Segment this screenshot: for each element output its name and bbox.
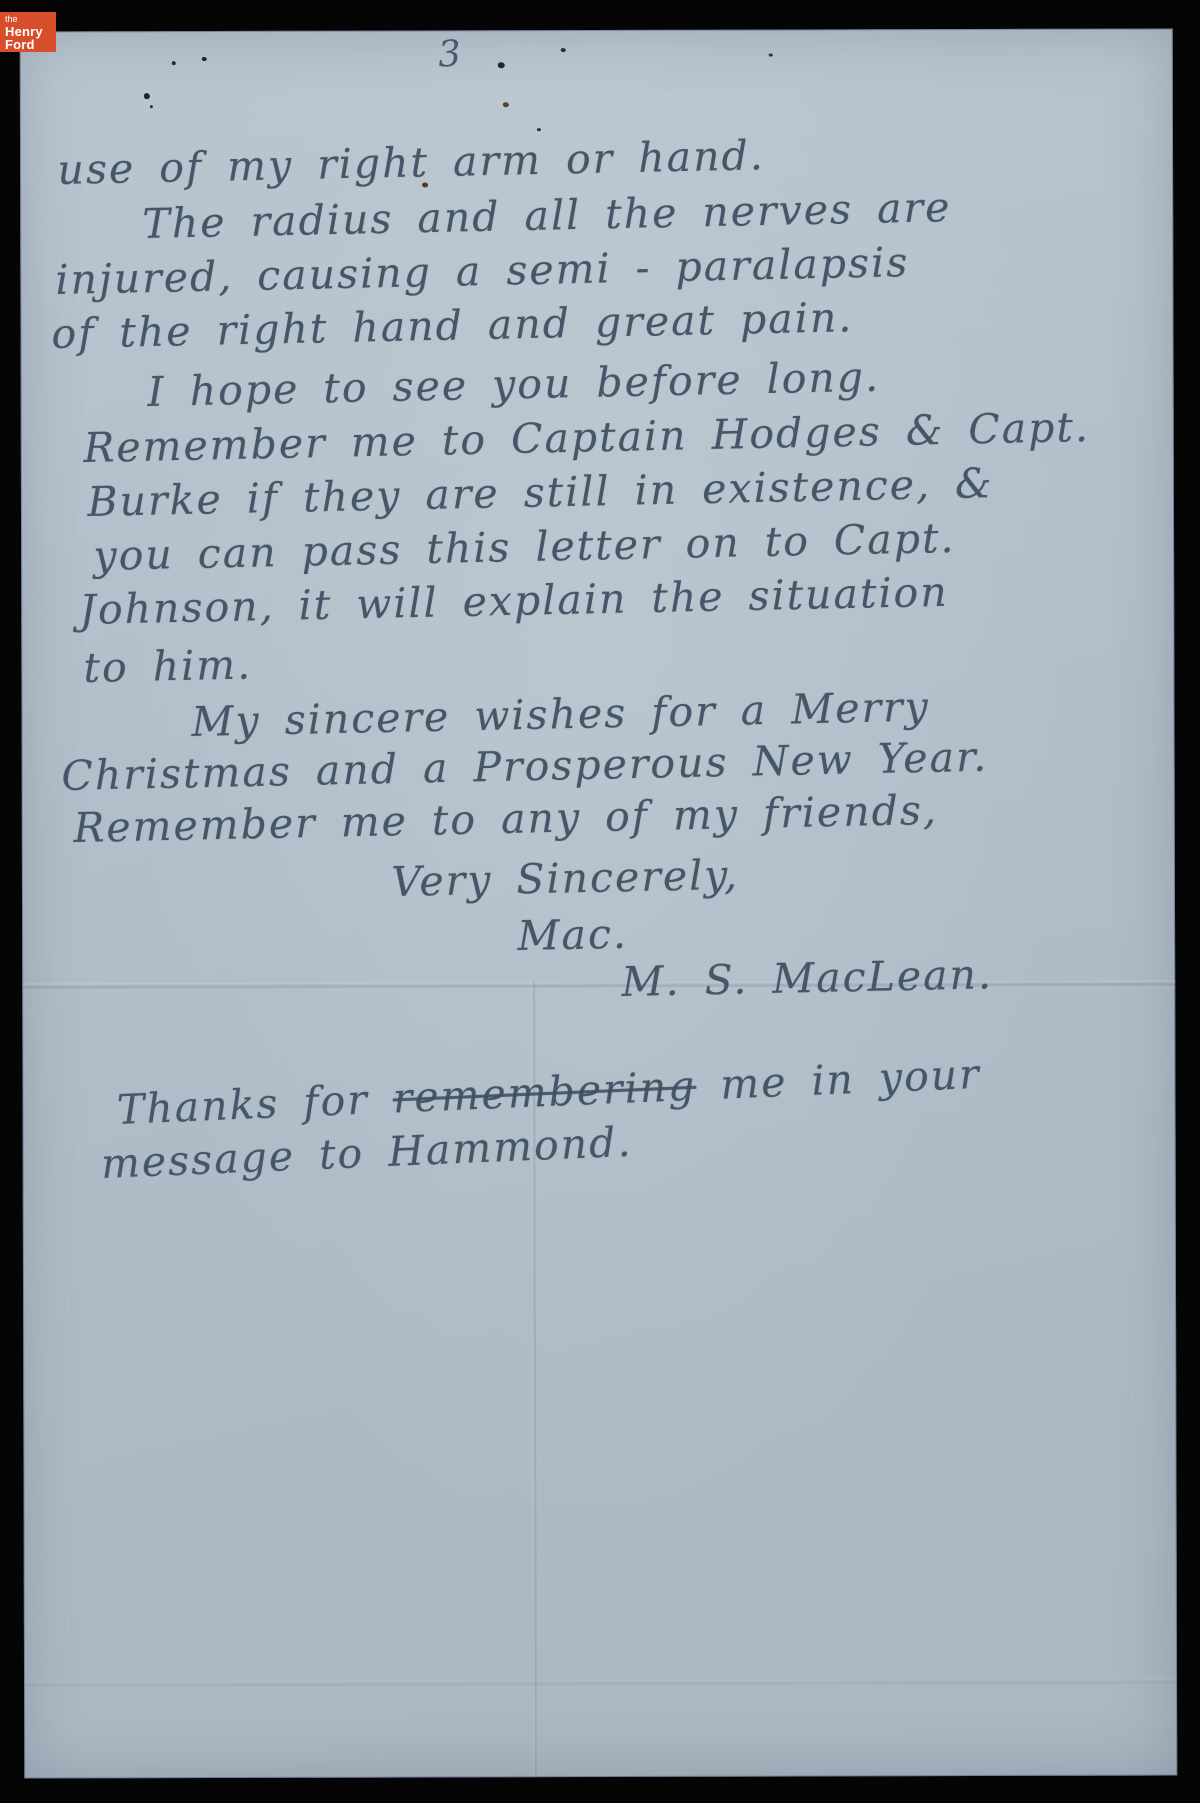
paper-speck xyxy=(144,93,150,99)
fold-crease-horizontal xyxy=(22,980,1175,990)
logo-text-ford: Ford xyxy=(5,38,56,51)
paper-speck xyxy=(202,57,207,61)
paper-speck xyxy=(172,61,176,65)
paper-speck xyxy=(561,48,566,52)
paper-speck xyxy=(769,54,773,57)
paper-speck xyxy=(537,128,541,131)
henry-ford-logo: the Henry Ford xyxy=(0,12,56,52)
logo-text-the: the xyxy=(5,15,56,24)
valediction: Very Sincerely, xyxy=(391,851,739,906)
signature-short: Mac. xyxy=(517,910,628,960)
handwriting-line: to him. xyxy=(83,640,253,692)
paper-speck xyxy=(503,102,509,107)
paper-speck xyxy=(150,105,153,108)
paper-speck xyxy=(498,62,505,68)
scanned-letter-page: 3 use of my right arm or hand. The radiu… xyxy=(0,0,1200,1803)
signature-full: M. S. MacLean. xyxy=(621,950,993,1006)
page-number: 3 xyxy=(437,33,463,75)
fold-crease-horizontal xyxy=(24,1678,1177,1688)
